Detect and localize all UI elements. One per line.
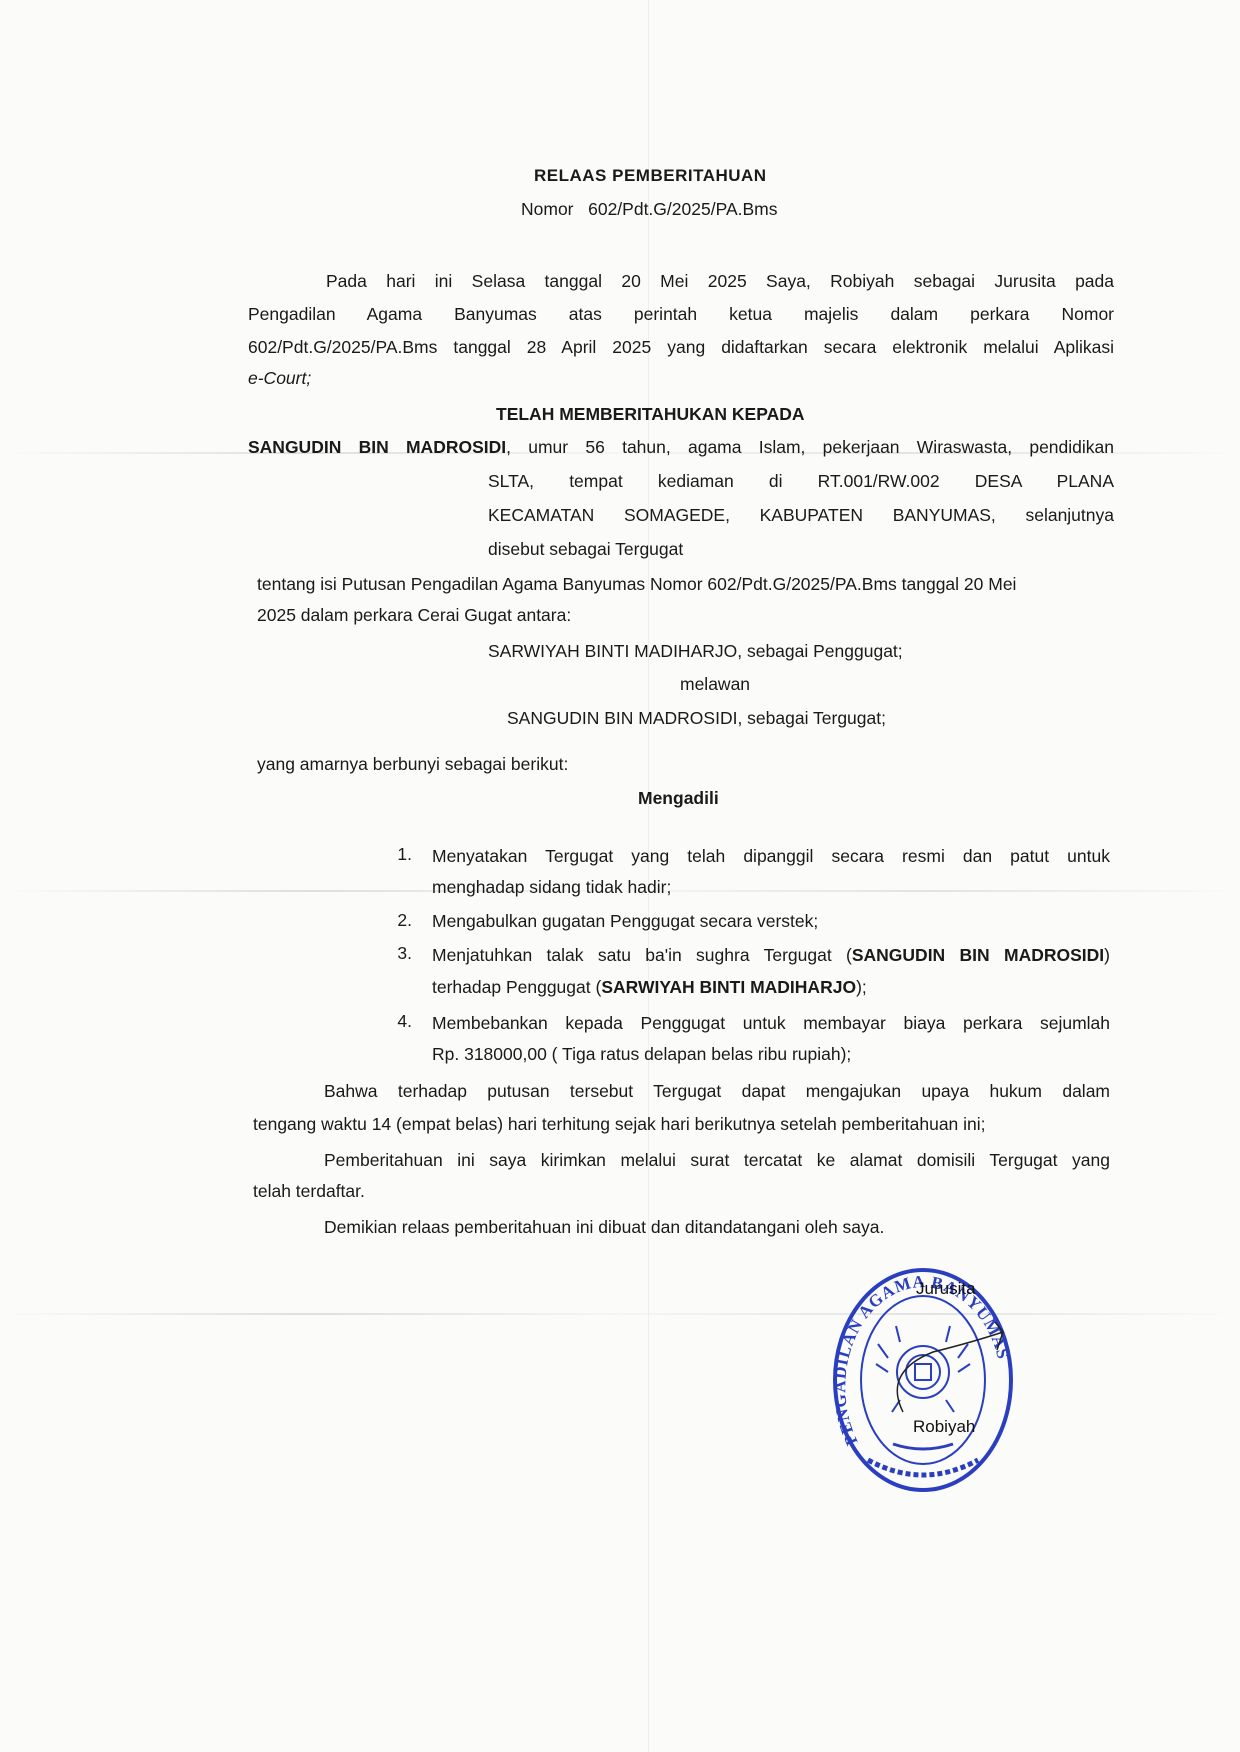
about-line: tentang isi Putusan Pengadilan Agama Ban… <box>257 573 1016 595</box>
closing-line: Pemberitahuan ini saya kirimkan melalui … <box>324 1149 1110 1171</box>
defendant-name: SANGUDIN BIN MADROSIDI <box>852 945 1104 965</box>
signature-name: Robiyah <box>913 1417 975 1437</box>
intro-line: Pengadilan Agama Banyumas atas perintah … <box>248 303 1114 325</box>
signature-role: Jurusita <box>916 1279 976 1299</box>
verdict-item-number: 3. <box>390 942 412 964</box>
number-label: Nomor <box>521 199 574 219</box>
document-number: Nomor 602/Pdt.G/2025/PA.Bms <box>521 198 777 220</box>
verdict-item-line: terhadap Penggugat (SARWIYAH BINTI MADIH… <box>432 976 867 998</box>
case-number: 602/Pdt.G/2025/PA.Bms <box>588 199 777 219</box>
verdict-item-line: menghadap sidang tidak hadir; <box>432 876 671 898</box>
recipient-line: disebut sebagai Tergugat <box>488 538 683 560</box>
verdict-item-line: Menyatakan Tergugat yang telah dipanggil… <box>432 845 1110 867</box>
verdict-heading: Mengadili <box>638 787 719 809</box>
versus: melawan <box>680 673 750 695</box>
recipient-line: SANGUDIN BIN MADROSIDI, umur 56 tahun, a… <box>248 436 1114 458</box>
intro-line: 602/Pdt.G/2025/PA.Bms tanggal 28 April 2… <box>248 336 1114 358</box>
recipient-name: SANGUDIN BIN MADROSIDI <box>248 437 506 457</box>
plaintiff-name: SARWIYAH BINTI MADIHARJO <box>601 977 856 997</box>
closing-line: telah terdaftar. <box>253 1180 365 1202</box>
closing-line: Bahwa terhadap putusan tersebut Tergugat… <box>324 1080 1110 1102</box>
text: ) <box>1104 945 1110 965</box>
paper-fold-line <box>0 1313 1240 1315</box>
text: Menjatuhkan talak satu ba'in sughra Terg… <box>432 945 852 965</box>
verdict-item-line: Mengabulkan gugatan Penggugat secara ver… <box>432 910 818 932</box>
verdict-item-number: 1. <box>390 843 412 865</box>
intro-line: Pada hari ini Selasa tanggal 20 Mei 2025… <box>326 270 1114 292</box>
document-title: RELAAS PEMBERITAHUAN <box>534 165 767 187</box>
text: ); <box>856 977 867 997</box>
plaintiff: SARWIYAH BINTI MADIHARJO, sebagai Penggu… <box>488 640 903 662</box>
text: terhadap Penggugat ( <box>432 977 601 997</box>
recipient-line: KECAMATAN SOMAGEDE, KABUPATEN BANYUMAS, … <box>488 504 1114 526</box>
recipient-line: SLTA, tempat kediaman di RT.001/RW.002 D… <box>488 470 1114 492</box>
verdict-item-line: Rp. 318000,00 ( Tiga ratus delapan belas… <box>432 1043 851 1065</box>
verdict-item-line: Membebankan kepada Penggugat untuk memba… <box>432 1012 1110 1034</box>
intro-line: e-Court; <box>248 367 311 389</box>
court-stamp: PENGADILAN AGAMA BANYUMAS Jurusita Robiy… <box>828 1262 1018 1498</box>
verdict-item-number: 2. <box>390 909 412 931</box>
verdict-item-number: 4. <box>390 1010 412 1032</box>
notice-heading: TELAH MEMBERITAHUKAN KEPADA <box>496 403 805 425</box>
recipient-details: , umur 56 tahun, agama Islam, pekerjaan … <box>506 437 1114 457</box>
closing-line: Demikian relaas pemberitahuan ini dibuat… <box>324 1216 884 1238</box>
closing-line: tengang waktu 14 (empat belas) hari terh… <box>253 1113 986 1135</box>
defendant: SANGUDIN BIN MADROSIDI, sebagai Tergugat… <box>507 707 886 729</box>
about-line: 2025 dalam perkara Cerai Gugat antara: <box>257 604 571 626</box>
verdict-item-line: Menjatuhkan talak satu ba'in sughra Terg… <box>432 944 1110 966</box>
verdict-intro: yang amarnya berbunyi sebagai berikut: <box>257 753 568 775</box>
